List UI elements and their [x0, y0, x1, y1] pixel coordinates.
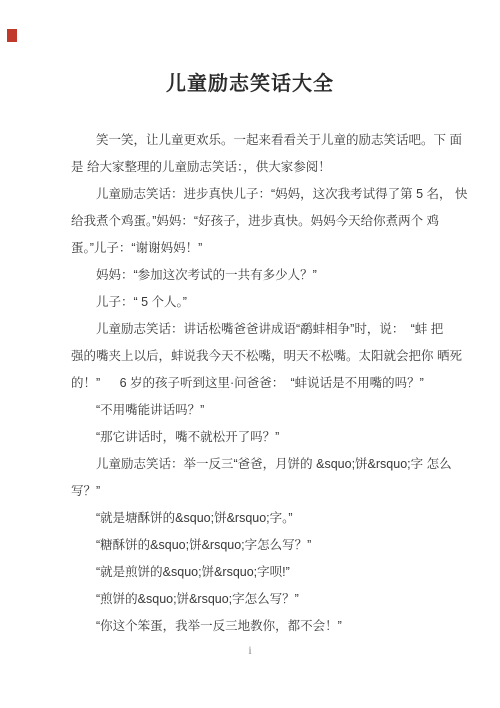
text-line: “不用嘴能讲话吗？” — [71, 397, 462, 424]
text-line: “就是塘酥饼的&squo;饼&rsquo;字。” — [71, 505, 462, 532]
text-line: 笑一笑，让儿童更欢乐。一起来看看关于儿童的励志笑话吧。下 面 — [71, 127, 462, 154]
text-line: 给我煮个鸡蛋。”妈妈：“好孩子，进步真快。妈妈今天给你煮两个 鸡 — [71, 208, 462, 235]
page-title: 儿童励志笑话大全 — [0, 0, 500, 98]
text-line: 儿童励志笑话：进步真快儿子：“妈妈，这次我考试得了第 5 名， 快 — [71, 181, 462, 208]
text-line: 儿童励志笑话：举一反三“爸爸，月饼的 &squo;饼&rsquo;字 怎么 — [71, 451, 462, 478]
text-line: “煎饼的&squo;饼&rsquo;字怎么写？” — [71, 586, 462, 613]
text-line: 的！” 6 岁的孩子听到这里·问爸爸： “蚌说话是不用嘴的吗？” — [71, 370, 462, 397]
text-line: 妈妈：“参加这次考试的一共有多少人？” — [71, 262, 462, 289]
text-line: 强的嘴夹上以后，蚌说我今天不松嘴，明天不松嘴。太阳就会把你 晒死 — [71, 343, 462, 370]
text-line: 写？” — [71, 478, 462, 505]
page-number: i — [0, 643, 500, 658]
text-line: “那它讲话时，嘴不就松开了吗？” — [71, 424, 462, 451]
text-line: “糖酥饼的&squo;饼&rsquo;字怎么写？” — [71, 532, 462, 559]
text-line: 是 给大家整理的儿童励志笑话：，供大家参阅！ — [71, 154, 462, 181]
text-line: 儿童励志笑话：讲话松嘴爸爸讲成语“鹬蚌相争”时，说： “蚌 把 — [71, 316, 462, 343]
document-body: 笑一笑，让儿童更欢乐。一起来看看关于儿童的励志笑话吧。下 面是 给大家整理的儿童… — [71, 127, 462, 640]
red-mark — [7, 29, 17, 42]
text-line: 蛋。”儿子：“谢谢妈妈！” — [71, 235, 462, 262]
text-line: 儿子：“ 5 个人。” — [71, 289, 462, 316]
text-line: “你这个笨蛋，我举一反三地教你，都不会！” — [71, 613, 462, 640]
text-line: “就是煎饼的&squo;饼&rsquo;字呗!” — [71, 559, 462, 586]
